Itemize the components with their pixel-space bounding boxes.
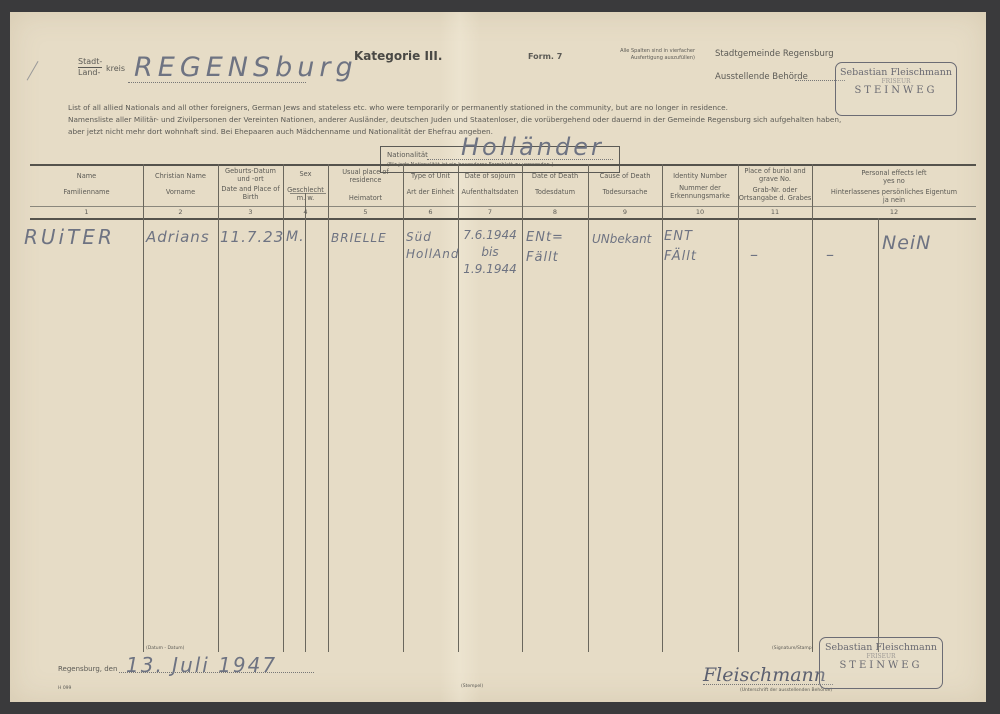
table-number-row-line: [30, 206, 976, 207]
col-header-christian-name: Christian Name Vorname: [143, 172, 218, 196]
col-header-de: Aufenthaltsdaten: [458, 188, 522, 196]
col-number: 6: [403, 208, 458, 216]
col-header-sub: m. w.: [283, 194, 328, 202]
stamp-line-3: STEINWEG: [820, 660, 942, 671]
pencil-mark: [27, 61, 40, 81]
form-note-line-1: Alle Spalten sind in vierfacher: [595, 48, 695, 55]
col-header-en: Type of Unit: [403, 172, 458, 180]
col-divider: [403, 164, 404, 652]
signature-stamp-label: (Signature/Stamp): [772, 646, 813, 651]
col-header-de: Geschlecht: [283, 186, 328, 194]
col-header-en: Place of burial and grave No.: [738, 167, 812, 183]
col-divider: [812, 164, 813, 652]
col-header-en: Cause of Death: [588, 172, 662, 180]
col-header-de: Date and Place of Birth: [218, 185, 283, 201]
col-header-de: Grab-Nr. oder Ortsangabe d. Grabes: [738, 186, 812, 202]
intro-line-3: aber jetzt nicht mehr dort wohnhaft sind…: [68, 126, 841, 138]
cell-christian-name[interactable]: Adrians: [146, 225, 210, 249]
cell-death-date[interactable]: ENt= Fällt: [526, 228, 564, 268]
stamp-line-2: FRISEUR: [820, 653, 942, 660]
col-divider-effects-yes-no: [878, 218, 879, 652]
col-header-sex: Sex Geschlecht m. w.: [283, 170, 328, 202]
col-header-de: Hinterlassenes persönliches Eigentum: [812, 188, 976, 196]
cell-residence[interactable]: BRIELLE: [331, 226, 387, 250]
cell-effects-no[interactable]: NeiN: [882, 231, 931, 255]
cell-cause[interactable]: UNbekant: [592, 231, 651, 248]
intro-line-1: List of all allied Nationals and all oth…: [68, 102, 841, 114]
cell-burial[interactable]: –: [750, 243, 759, 267]
cell-death-date-line-2: Fällt: [526, 248, 564, 268]
col-header-en: Personal effects left: [812, 169, 976, 177]
col-header-en: Date of sojourn: [458, 172, 522, 180]
col-divider: [588, 164, 589, 652]
col-number: 5: [328, 208, 403, 216]
col-divider: [218, 164, 219, 652]
col-divider-sex-mw: [305, 193, 306, 652]
place-label: Regensburg, den: [58, 665, 117, 673]
col-header-cause: Cause of Death Todesursache: [588, 172, 662, 196]
cell-death-date-line-1: ENt=: [526, 228, 564, 248]
cell-identity[interactable]: ENT FÄllt: [664, 227, 697, 267]
col-number: 7: [458, 208, 522, 216]
col-header-de: Todesursache: [588, 188, 662, 196]
signature-line: [703, 684, 833, 685]
col-header-en: Geburts-Datum und -ort: [218, 167, 283, 183]
land-label: Land-: [78, 68, 102, 78]
col-divider: [662, 164, 663, 652]
cell-name[interactable]: RUiTER: [24, 225, 115, 249]
stamp-line-3: STEINWEG: [836, 85, 956, 96]
cell-identity-line-1: ENT: [664, 227, 697, 247]
cell-unit[interactable]: Süd HollAnd: [406, 229, 459, 263]
col-header-identity: Identity Number Nummer der Erkennungsmar…: [662, 172, 738, 200]
document-page: Stadt- Land- kreis REGENSburg Kategorie …: [10, 12, 986, 702]
col-divider: [143, 164, 144, 652]
intro-text: List of all allied Nationals and all oth…: [68, 102, 841, 139]
cell-sex-m[interactable]: M.: [286, 225, 305, 249]
cell-identity-line-2: FÄllt: [664, 247, 697, 267]
stamp-label: (Stempel): [461, 684, 483, 689]
signature-under-label: (Unterschrift der ausstellenden Behörde): [740, 688, 832, 693]
kreis-label: kreis: [106, 64, 125, 73]
col-number: 4: [283, 208, 328, 216]
col-header-birth: Geburts-Datum und -ort Date and Place of…: [218, 167, 283, 201]
col-header-de: Heimatort: [328, 194, 403, 202]
col-header-name: Name Familienname: [30, 172, 143, 196]
col-number: 12: [812, 208, 976, 216]
col-header-de: Todesdatum: [522, 188, 588, 196]
col-divider: [522, 164, 523, 652]
col-number: 10: [662, 208, 738, 216]
table-header-bottom-border: [30, 218, 976, 220]
cell-unit-line-1: Süd: [406, 229, 459, 246]
signature-stamp: Sebastian Fleischmann FRISEUR STEINWEG: [819, 637, 943, 689]
form-code: H 099: [58, 686, 71, 691]
stadt-label: Stadt-: [78, 57, 102, 68]
nationality-field[interactable]: Holländer: [461, 133, 604, 161]
col-header-de: Nummer der Erkennungsmarke: [662, 184, 738, 200]
col-number: 2: [143, 208, 218, 216]
form-note: Alle Spalten sind in vierfacher Ausferti…: [595, 48, 695, 62]
nationality-label: Nationalität: [387, 151, 428, 159]
col-header-en: Sex: [283, 170, 328, 178]
col-number: 8: [522, 208, 588, 216]
cell-unit-line-2: HollAnd: [406, 246, 459, 263]
stamp-line-1: Sebastian Fleischmann: [836, 67, 956, 78]
form-number: Form. 7: [528, 52, 562, 61]
city-field[interactable]: REGENSburg: [134, 52, 358, 83]
cell-sojourn[interactable]: 7.6.1944 bis 1.9.1944: [458, 227, 522, 278]
date-field[interactable]: 13. Juli 1947: [126, 653, 277, 677]
col-header-effects: Personal effects left yes no Hinterlasse…: [812, 169, 976, 204]
stamp-line-1: Sebastian Fleischmann: [820, 642, 942, 653]
municipality: Stadtgemeinde Regensburg: [715, 49, 834, 59]
cell-sojourn-line-3: 1.9.1944: [458, 261, 522, 278]
col-header-residence: Usual place of residence Heimatort: [328, 168, 403, 202]
col-header-en: Identity Number: [662, 172, 738, 180]
col-header-burial: Place of burial and grave No. Grab-Nr. o…: [738, 167, 812, 202]
date-label: (Datum - Datum): [146, 646, 184, 651]
signature-field[interactable]: Fleischmann: [703, 664, 826, 686]
issuing-authority-label: Ausstellende Behörde: [715, 72, 808, 82]
col-header-en: Usual place of residence: [328, 168, 403, 184]
form-note-line-2: Ausfertigung auszufüllen): [595, 55, 695, 62]
stamp-line-2: FRISEUR: [836, 78, 956, 85]
col-number: 11: [738, 208, 812, 216]
col-header-de: Vorname: [143, 188, 218, 196]
cell-sojourn-line-2: bis: [458, 244, 522, 261]
col-header-en: Date of Death: [522, 172, 588, 180]
col-number: 9: [588, 208, 662, 216]
col-header-en: Christian Name: [143, 172, 218, 180]
col-divider: [738, 164, 739, 652]
col-header-sojourn: Date of sojourn Aufenthaltsdaten: [458, 172, 522, 196]
col-header-de-sub: ja nein: [812, 196, 976, 204]
category-title: Kategorie III.: [354, 49, 442, 63]
col-header-unit: Type of Unit Art der Einheit: [403, 172, 458, 196]
nationality-box: Nationalität Holländer (Für jede Nationa…: [380, 146, 620, 173]
intro-line-2: Namensliste aller Militär- und Zivilpers…: [68, 114, 841, 126]
authority-stamp: Sebastian Fleischmann FRISEUR STEINWEG: [835, 62, 957, 116]
col-divider: [328, 164, 329, 652]
col-header-de: Art der Einheit: [403, 188, 458, 196]
col-number: 3: [218, 208, 283, 216]
cell-birth[interactable]: 11.7.23: [220, 225, 284, 249]
col-header-en: Name: [30, 172, 143, 180]
stadt-land-label: Stadt- Land-: [78, 57, 102, 78]
cell-effects-yes[interactable]: –: [826, 243, 835, 267]
cell-sojourn-line-1: 7.6.1944: [458, 227, 522, 244]
col-header-de: Familienname: [30, 188, 143, 196]
col-number: 1: [30, 208, 143, 216]
col-header-death-date: Date of Death Todesdatum: [522, 172, 588, 196]
col-header-en-sub: yes no: [812, 177, 976, 185]
table-top-border: [30, 164, 976, 166]
